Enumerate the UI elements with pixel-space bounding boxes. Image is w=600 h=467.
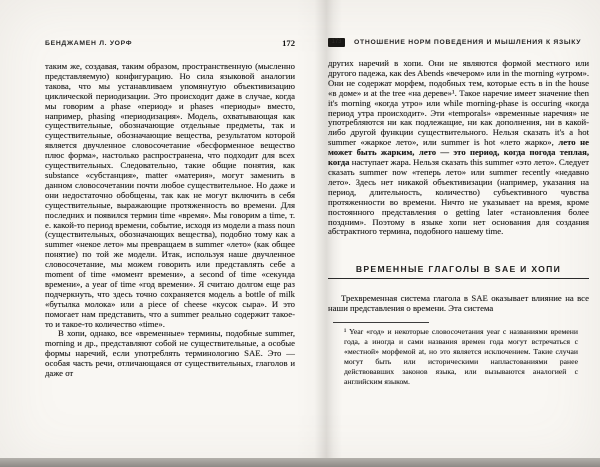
left-page-number: 172 (282, 38, 295, 48)
footnote-text: ¹ Year «год» и некоторые словосочетания … (344, 327, 578, 387)
right-paragraph-post: наступает жара. Нельзя сказать this summ… (328, 157, 589, 236)
book-scan-spread: БЕНДЖАМЕН Л. УОРФ 172 таким же, создавая… (0, 0, 600, 467)
right-page: 173 ОТНОШЕНИЕ НОРМ ПОВЕДЕНИЯ И МЫШЛЕНИЯ … (328, 38, 589, 387)
right-running-title: ОТНОШЕНИЕ НОРМ ПОВЕДЕНИЯ И МЫШЛЕНИЯ К ЯЗ… (354, 39, 581, 46)
scan-bottom-edge (0, 458, 600, 467)
left-paragraph-continuation: таким же, создавая, таким образом, прост… (45, 62, 295, 329)
left-running-title: БЕНДЖАМЕН Л. УОРФ (45, 40, 132, 47)
right-page-header: 173 ОТНОШЕНИЕ НОРМ ПОВЕДЕНИЯ И МЫШЛЕНИЯ … (328, 38, 589, 47)
right-paragraph-verbs: Трехвременная система глагола в SAE оказ… (328, 294, 589, 314)
right-paragraph-pre: других наречий в хопи. Они не являются ф… (328, 58, 589, 147)
left-page: БЕНДЖАМЕН Л. УОРФ 172 таким же, создавая… (45, 38, 295, 379)
left-page-body: таким же, создавая, таким образом, прост… (45, 62, 295, 379)
right-page-number-badge: 173 (328, 38, 345, 47)
right-page-body: других наречий в хопи. Они не являются ф… (328, 59, 589, 387)
left-paragraph-hopi: В хопи, однако, все «временные» термины,… (45, 329, 295, 379)
left-page-header: БЕНДЖАМЕН Л. УОРФ 172 (45, 38, 295, 48)
section-heading: ВРЕМЕННЫЕ ГЛАГОЛЫ В SAE И ХОПИ (328, 264, 589, 279)
footnote-divider (333, 322, 429, 323)
right-paragraph-temporals: других наречий в хопи. Они не являются ф… (328, 59, 589, 237)
